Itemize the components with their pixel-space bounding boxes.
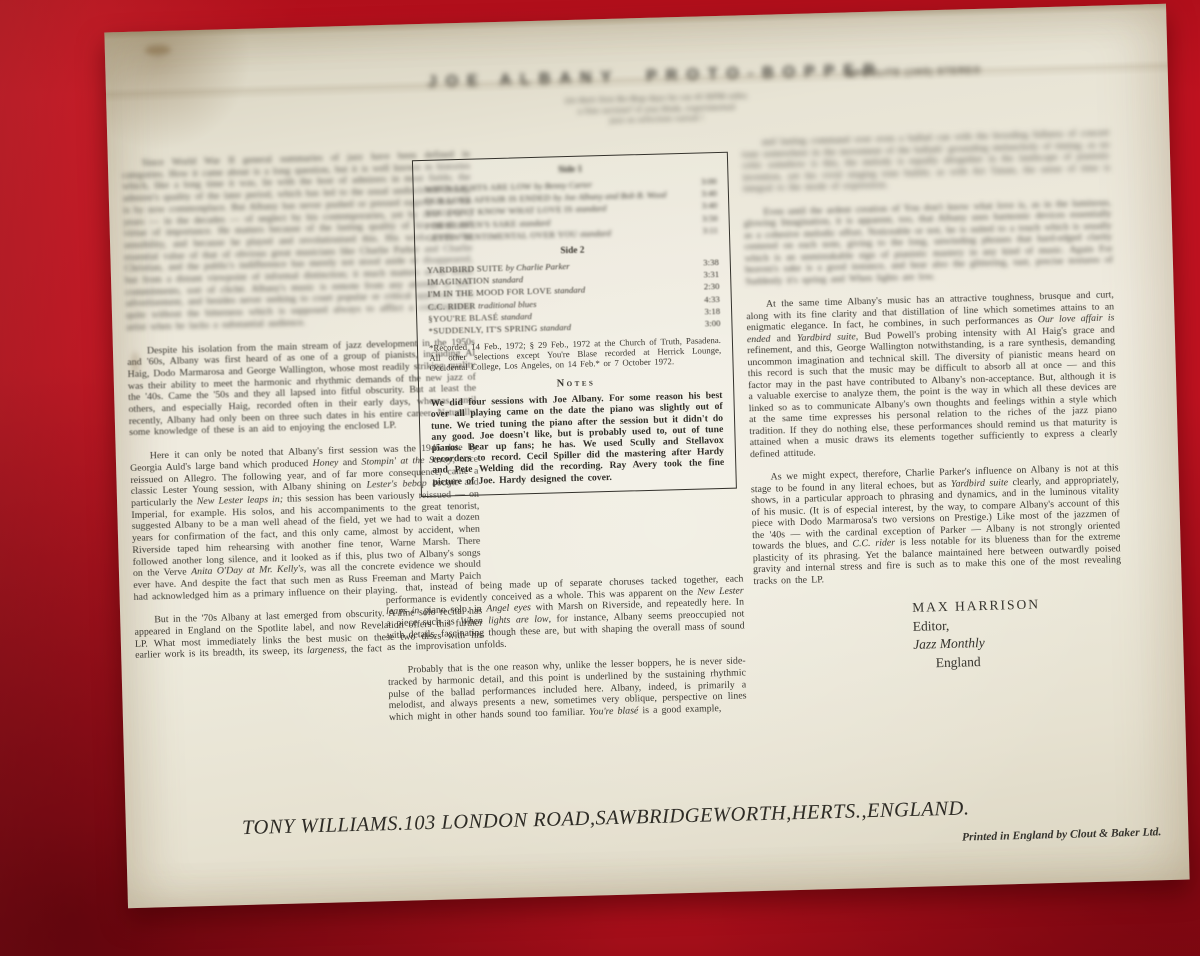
liner-right-column: and lasting command over even a ballad c… — [741, 127, 1123, 677]
liner-center-column: that, instead of being made up of separa… — [385, 573, 747, 735]
paper-stain — [145, 45, 171, 56]
track-time: 2:30 — [689, 281, 719, 292]
track-time: 3:11 — [688, 225, 718, 236]
track-credit: standard — [575, 203, 606, 214]
author-signoff: MAX HARRISON Editor, Jazz Monthly Englan… — [754, 593, 1124, 677]
printer-credit: Printed in England by Clout & Baker Ltd. — [816, 826, 1161, 847]
liner-paragraph: and lasting command over even a ballad c… — [741, 127, 1110, 194]
track-credit: standard — [554, 285, 585, 296]
album-sleeve: JOE ALBANYPROTO-BOPPER (in their first R… — [104, 4, 1189, 908]
track-time: 3:38 — [689, 257, 719, 268]
liner-paragraph: that, instead of being made up of separa… — [385, 573, 745, 653]
track-time: 3:40 — [687, 188, 717, 199]
track-time: 3:00 — [686, 176, 716, 187]
side1-tracklist: WHEN LIGHTS ARE LOW by Benny Carter 3:00… — [425, 176, 718, 243]
track-credit: standard — [519, 217, 550, 228]
liner-paragraph: Probably that is the one reason why, unl… — [388, 656, 747, 724]
notes-paragraph: We did four sessions with Joe Albany. Fo… — [430, 390, 724, 487]
track-credit: by Joe Albany and Bob B. Wood — [553, 190, 666, 203]
liner-paragraph: At the same time Albany's music has an a… — [746, 289, 1118, 460]
recording-footnote: *Recorded 14 Feb., 1972; § 29 Feb., 1972… — [429, 335, 722, 373]
track-time: 3:00 — [690, 318, 720, 329]
track-time: 3:31 — [689, 269, 719, 280]
notes-heading: Notes — [430, 374, 722, 393]
tracklist-box: Side 1 WHEN LIGHTS ARE LOW by Benny Cart… — [412, 152, 737, 497]
red-cloth-background: JOE ALBANYPROTO-BOPPER (in their first R… — [0, 0, 1200, 956]
artist-name: JOE ALBANY — [428, 69, 621, 91]
track-credit: standard — [580, 228, 611, 239]
track-credit: by Charlie Parker — [506, 261, 570, 273]
track-time: 3:18 — [690, 306, 720, 317]
side2-tracklist: YARDBIRD SUITE by Charlie Parker 3:38 IM… — [427, 257, 721, 336]
track-time: 3:40 — [687, 200, 717, 211]
track-time: 3:50 — [687, 213, 717, 224]
track-credit: standard — [492, 275, 523, 286]
liner-paragraph: Even until the ardent creation of You do… — [743, 197, 1113, 287]
liner-paragraph: As we might expect, therefore, Charlie P… — [750, 462, 1121, 587]
track-credit: traditional blues — [478, 299, 537, 311]
track-time: 4:33 — [690, 294, 720, 305]
track-credit: standard — [501, 311, 532, 322]
track-credit: standard — [540, 322, 571, 333]
track-credit: by Benny Carter — [534, 179, 592, 191]
paper-stain — [131, 352, 140, 374]
